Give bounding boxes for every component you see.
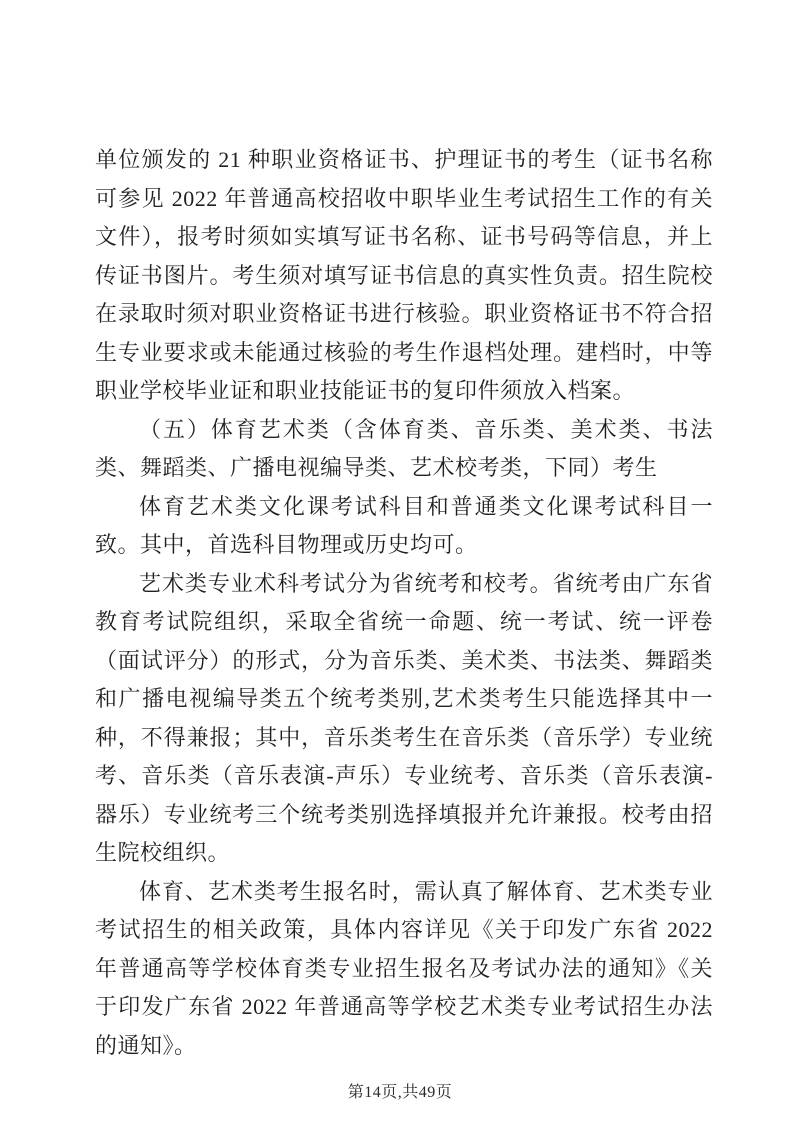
page-number-footer: 第14页,共49页 [0,1079,800,1102]
paragraph-art-exam-types: 艺术类专业术科考试分为省统考和校考。省统考由广东省教育考试院组织，采取全省统一命… [95,565,713,873]
paragraph-section-5-heading: （五）体育艺术类（含体育类、音乐类、美术类、书法类、舞蹈类、广播电视编导类、艺术… [95,411,713,488]
paragraph-registration-policy: 体育、艺术类考生报名时，需认真了解体育、艺术类专业考试招生的相关政策，具体内容详… [95,873,713,1066]
document-page: 单位颁发的 21 种职业资格证书、护理证书的考生（证书名称可参见 2022 年普… [0,0,800,1131]
body-text: 单位颁发的 21 种职业资格证书、护理证书的考生（证书名称可参见 2022 年普… [95,141,713,1065]
paragraph-culture-exam: 体育艺术类文化课考试科目和普通类文化课考试科目一致。其中，首选科目物理或历史均可… [95,488,713,565]
paragraph-certificates: 单位颁发的 21 种职业资格证书、护理证书的考生（证书名称可参见 2022 年普… [95,141,713,411]
